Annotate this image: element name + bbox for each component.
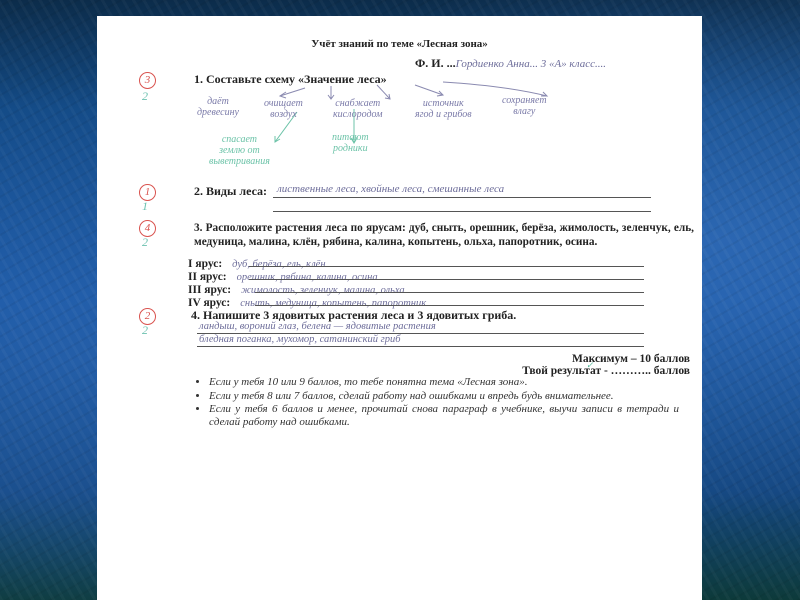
task3-grade-green: 2 xyxy=(142,235,148,250)
answer-line xyxy=(273,197,651,198)
task2-grade-green: 1 xyxy=(142,199,148,214)
answer-line xyxy=(197,346,644,347)
answer-line xyxy=(273,211,651,212)
tip-item: Если у тебя 10 или 9 баллов, то тебе пон… xyxy=(209,376,679,389)
scheme-green-item: питают родники xyxy=(332,132,369,154)
task4-grade-green: 2 xyxy=(142,323,148,338)
scheme-item: сохраняет влагу xyxy=(502,95,547,117)
scheme-arrows xyxy=(97,16,702,176)
scanned-worksheet: Учёт знаний по теме «Лесная зона» Ф. И. … xyxy=(97,16,702,600)
scheme-item: даёт древесину xyxy=(197,96,239,118)
task2-answer: лиственные леса, хвойные леса, смешанные… xyxy=(277,183,504,195)
scheme-green-item: спасает землю от выветривания xyxy=(209,134,270,167)
result-mark: ✓ xyxy=(586,360,594,371)
task2-label: 2. Виды леса: xyxy=(194,184,267,199)
tip-item: Если у тебя 8 или 7 баллов, сделай работ… xyxy=(209,390,679,403)
scheme-item: снабжает кислородом xyxy=(333,98,383,120)
scheme-item: источник ягод и грибов xyxy=(415,98,472,120)
scheme-item: очищает воздух xyxy=(264,98,303,120)
task4-answer: бледная поганка, мухомор, сатанинский гр… xyxy=(199,334,401,345)
answer-line xyxy=(255,305,644,306)
task3-label: 3. Расположите растения леса по ярусам: … xyxy=(194,222,694,249)
task4-answer: ландыш, вороний глаз, белена — ядовитые … xyxy=(199,321,436,332)
score-tips: Если у тебя 10 или 9 баллов, то тебе пон… xyxy=(195,376,679,429)
tip-item: Если у тебя 6 баллов и менее, прочитай с… xyxy=(209,403,679,428)
